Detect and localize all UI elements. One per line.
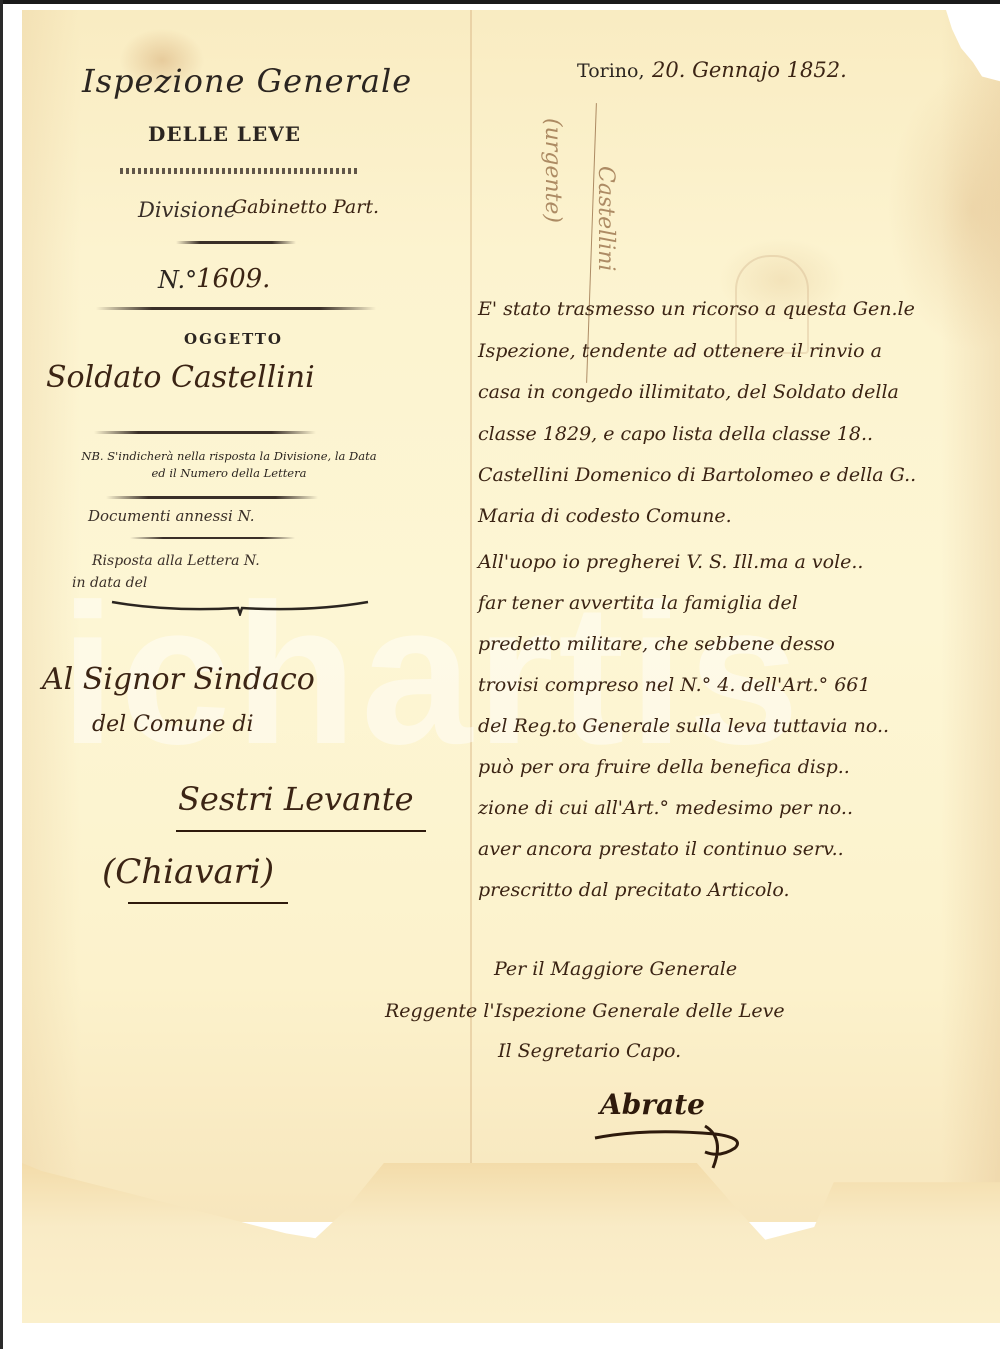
letterhead-title: Ispezione Generale xyxy=(82,62,412,100)
body-line: trovisi compreso nel N.° 4. dell'Art.° 6… xyxy=(478,674,870,696)
division-value: Gabinetto Part. xyxy=(232,196,379,218)
nb-note: NB. S'indicherà nella risposta la Divisi… xyxy=(74,448,384,482)
scan-top-edge xyxy=(0,0,1000,4)
ornament-divider xyxy=(106,496,318,499)
paper-fold-line xyxy=(470,10,472,1222)
body-line: casa in congedo illimitato, del Soldato … xyxy=(478,381,899,403)
body-line: far tener avvertita la famiglia del xyxy=(478,592,798,614)
subject-label: OGGETTO xyxy=(184,330,283,348)
body-line: E' stato trasmesso un ricorso a questa G… xyxy=(478,298,915,320)
ornament-divider xyxy=(96,307,376,310)
ornament-divider xyxy=(130,537,295,539)
body-line: prescritto dal precitato Articolo. xyxy=(478,879,790,901)
body-line: zione di cui all'Art.° medesimo per no.. xyxy=(478,797,853,819)
letterhead-subtitle: DELLE LEVE xyxy=(148,122,301,146)
place: Torino, xyxy=(577,60,645,82)
signoff-line2: Reggente l'Ispezione Generale delle Leve xyxy=(385,1000,785,1022)
body-line: può per ora fruire della benefica disp.. xyxy=(478,756,850,778)
body-line: classe 1829, e capo lista della classe 1… xyxy=(478,423,873,445)
ornament-divider xyxy=(120,168,360,174)
torn-corner xyxy=(940,10,1000,105)
ornament-divider xyxy=(94,431,316,434)
protocol-number: 1609. xyxy=(196,264,270,294)
addressee-line2: del Comune di xyxy=(92,712,254,737)
signoff-line3: Il Segretario Capo. xyxy=(498,1040,681,1062)
body-line: aver ancora prestato il continuo serv.. xyxy=(478,838,844,860)
letter-date: 20. Gennajo 1852. xyxy=(652,58,847,82)
number-label: N.° xyxy=(158,266,197,294)
body-line: Ispezione, tendente ad ottenere il rinvi… xyxy=(478,340,882,362)
signature-flourish xyxy=(585,1118,765,1178)
subject-value: Soldato Castellini xyxy=(46,360,315,395)
body-line: predetto militare, che sebbene desso xyxy=(478,633,835,655)
body-line: All'uopo io pregherei V. S. Ill.ma a vol… xyxy=(478,551,863,573)
body-line: Castellini Domenico di Bartolomeo e dell… xyxy=(478,464,916,486)
signature: Abrate xyxy=(600,1088,705,1121)
documents-annexed: Documenti annessi N. xyxy=(88,507,255,525)
division-label: Divisione xyxy=(138,198,236,222)
district-underline xyxy=(128,902,288,904)
scan-left-edge xyxy=(0,0,3,1349)
margin-annotation-urgent: (urgente) xyxy=(540,118,565,223)
reply-to-letter: Risposta alla Lettera N. xyxy=(92,553,260,569)
signoff-line1: Per il Maggiore Generale xyxy=(494,958,737,980)
town-underline xyxy=(176,830,426,832)
margin-annotation-name: Castellini xyxy=(593,166,618,271)
body-line: del Reg.to Generale sulla leva tuttavia … xyxy=(478,715,889,737)
addressee-line1: Al Signor Sindaco xyxy=(42,662,315,697)
addressee-town: Sestri Levante xyxy=(178,780,414,818)
ornament-divider xyxy=(176,241,296,244)
addressee-district: (Chiavari) xyxy=(102,852,274,892)
brace-ornament xyxy=(110,598,370,616)
reply-date: in data del xyxy=(72,575,147,591)
body-line: Maria di codesto Comune. xyxy=(478,505,732,527)
